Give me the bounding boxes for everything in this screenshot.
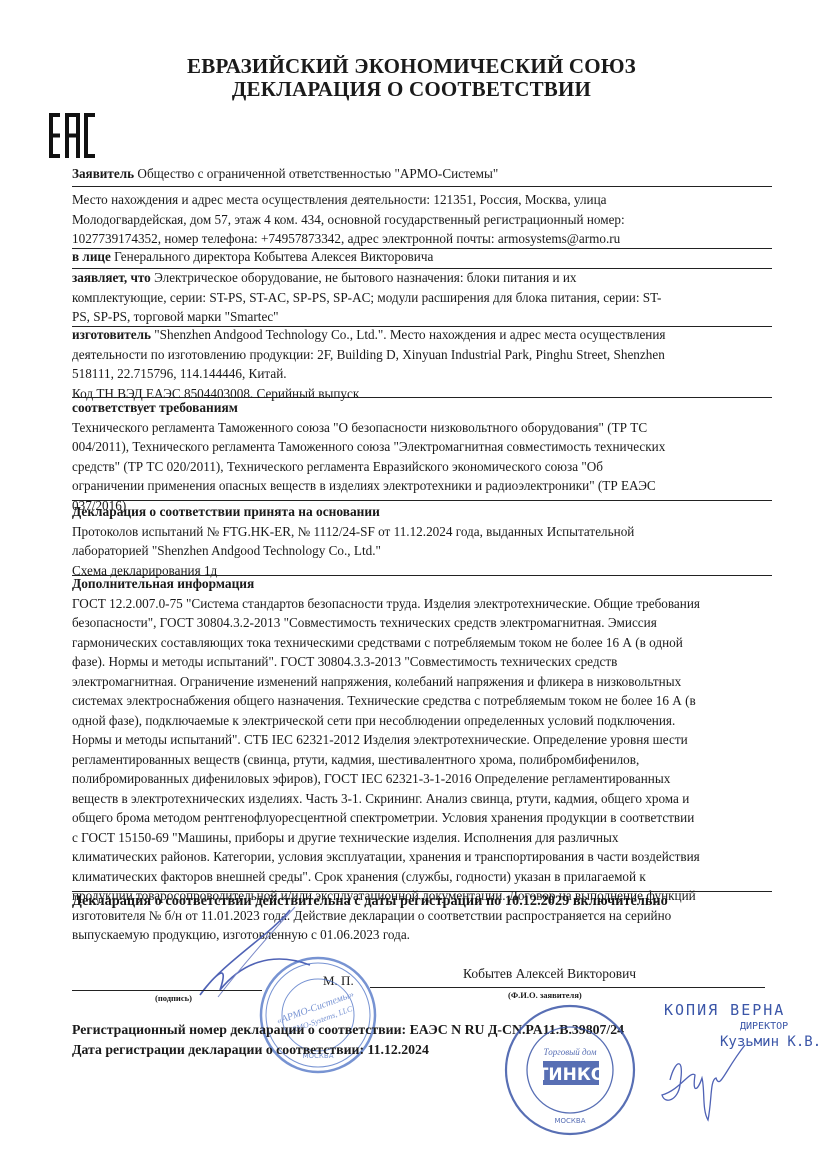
address-line: 1027739174352, номер телефона: +74957873…	[72, 229, 772, 249]
basis-text: лабораторией "Shenzhen Andgood Technolog…	[72, 541, 772, 561]
document-title: ДЕКЛАРАЦИЯ О СООТВЕТСТВИИ	[0, 77, 823, 102]
svg-text:ТИНКО: ТИНКО	[537, 1065, 605, 1085]
additional-info-line: гармонических составляющих тока техничес…	[72, 633, 772, 653]
additional-info-line: электромагнитная. Ограничение изменений …	[72, 672, 772, 692]
representative-value: Генерального директора Кобытева Алексея …	[111, 249, 433, 264]
applicant-name: Кобытев Алексей Викторович	[463, 966, 636, 982]
additional-info-line: Нормы и методы испытаний". СТБ IEC 62321…	[72, 730, 772, 750]
declares-text: комплектующие, серии: ST-PS, ST-AC, SP-P…	[72, 288, 772, 308]
requirements-text: ограничении применения опасных веществ в…	[72, 476, 772, 496]
applicant-label: Заявитель	[72, 166, 134, 181]
declares-label: заявляет, что	[72, 270, 151, 285]
additional-info-line: полибромированных дифениловых эфиров), Г…	[72, 769, 772, 789]
signature-caption: (подпись)	[155, 993, 192, 1003]
additional-info-line: климатических районов. Категории, услови…	[72, 847, 772, 867]
svg-text:МОСКВА: МОСКВА	[555, 1117, 586, 1125]
registration-date-row: Дата регистрации декларации о соответств…	[72, 1042, 429, 1058]
additional-info-line: веществ в электротехнических изделиях. Ч…	[72, 789, 772, 809]
director-signature-icon	[650, 1040, 760, 1130]
address-line: Молодогвардейская, дом 57, этаж 4 ком. 4…	[72, 210, 772, 230]
representative-label: в лице	[72, 249, 111, 264]
additional-info-line: фазе). Нормы и методы испытаний". ГОСТ 3…	[72, 652, 772, 672]
additional-info-label: Дополнительная информация	[72, 574, 772, 594]
name-caption: (Ф.И.О. заявителя)	[508, 990, 582, 1000]
manufacturer-text: деятельности по изготовлению продукции: …	[72, 345, 772, 365]
basis-field: Декларация о соответствии принята на осн…	[72, 502, 772, 580]
eac-mark-icon	[49, 113, 95, 158]
tinko-company-stamp: Торговый дом ТИНКО МОСКВА	[503, 1003, 638, 1138]
applicant-value: Общество с ограниченной ответственностью…	[134, 166, 498, 181]
svg-text:Торговый дом: Торговый дом	[544, 1047, 597, 1057]
manufacturer-text: "Shenzhen Andgood Technology Co., Ltd.".…	[151, 327, 666, 342]
additional-info-line: ГОСТ 12.2.007.0-75 "Система стандартов б…	[72, 594, 772, 614]
registration-number-label: Регистрационный номер декларации о соотв…	[72, 1022, 410, 1037]
additional-info-line: регламентированных веществ (свинца, ртут…	[72, 750, 772, 770]
additional-info-field: Дополнительная информация ГОСТ 12.2.007.…	[72, 574, 772, 945]
registration-date: 11.12.2024	[368, 1042, 429, 1057]
requirements-field: соответствует требованиям Технического р…	[72, 398, 772, 515]
declares-field: заявляет, что Электрическое оборудование…	[72, 268, 772, 327]
requirements-label: соответствует требованиям	[72, 398, 772, 418]
additional-info-line: одной фазе), подключаемые к электрическо…	[72, 711, 772, 731]
manufacturer-label: изготовитель	[72, 327, 151, 342]
representative-field: в лице Генерального директора Кобытева А…	[72, 247, 772, 267]
address-field: Место нахождения и адрес места осуществл…	[72, 190, 772, 249]
divider	[72, 186, 772, 187]
address-line: Место нахождения и адрес места осуществл…	[72, 190, 772, 210]
requirements-text: 004/2011), Технического регламента Тамож…	[72, 437, 772, 457]
basis-text: Протоколов испытаний № FTG.HK-ER, № 1112…	[72, 522, 772, 542]
registration-date-label: Дата регистрации декларации о соответств…	[72, 1042, 368, 1057]
declares-text: Электрическое оборудование, не бытового …	[151, 270, 577, 285]
name-line	[370, 987, 765, 988]
additional-info-line: системах электроснабжения общего назначе…	[72, 691, 772, 711]
basis-label: Декларация о соответствии принята на осн…	[72, 502, 772, 522]
additional-info-line: климатических факторов внешней среды". С…	[72, 867, 772, 887]
requirements-text: средств" (ТР ТС 020/2011), Технического …	[72, 457, 772, 477]
additional-info-line: общего брома методом рентгенофлуоресцент…	[72, 808, 772, 828]
divider	[72, 891, 772, 892]
copy-director-label: ДИРЕКТОР	[740, 1021, 788, 1032]
additional-info-line: безопасности", ГОСТ 30804.3.2-2013 "Совм…	[72, 613, 772, 633]
requirements-text: Технического регламента Таможенного союз…	[72, 418, 772, 438]
manufacturer-text: 518111, 22.715796, 114.144446, Китай.	[72, 364, 772, 384]
divider	[72, 500, 772, 501]
union-title: ЕВРАЗИЙСКИЙ ЭКОНОМИЧЕСКИЙ СОЮЗ	[0, 54, 823, 79]
additional-info-line: с ГОСТ 15150-69 "Машины, приборы и други…	[72, 828, 772, 848]
copy-certified-label: КОПИЯ ВЕРНА	[664, 1001, 785, 1019]
manufacturer-field: изготовитель "Shenzhen Andgood Technolog…	[72, 325, 772, 403]
applicant-field: Заявитель Общество с ограниченной ответс…	[72, 164, 772, 184]
signature-line	[72, 990, 262, 991]
declares-text: PS, SP-PS, торговой марки "Smartec"	[72, 307, 772, 327]
